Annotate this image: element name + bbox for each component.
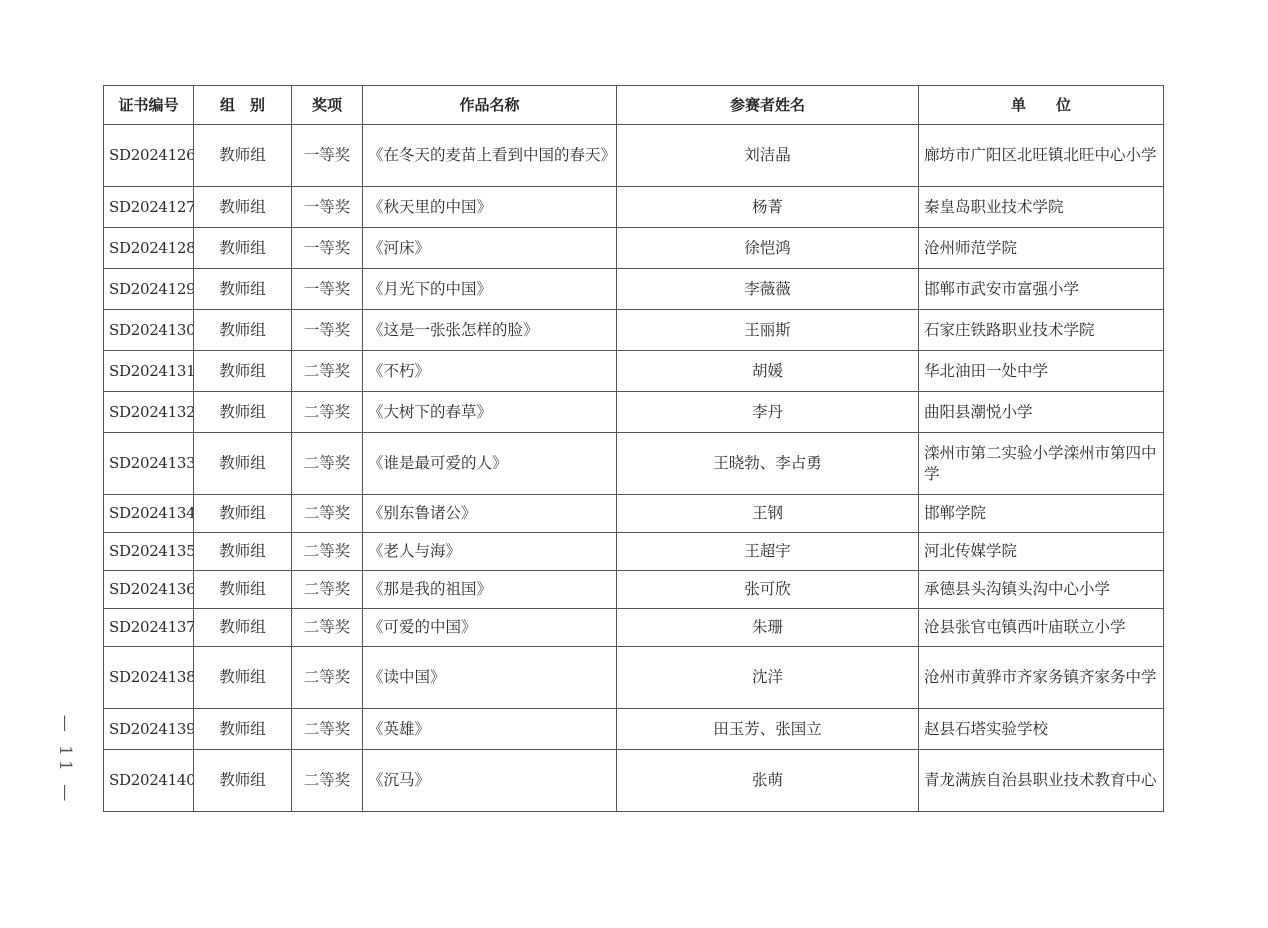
cell-participant-name: 李薇薇 [617, 269, 919, 310]
header-work-title: 作品名称 [363, 86, 617, 125]
cell-award: 二等奖 [292, 709, 363, 750]
table-row: SD2024131 教师组 二等奖 《不朽》 胡媛 华北油田一处中学 [104, 351, 1164, 392]
cell-work-title: 《河床》 [363, 228, 617, 269]
cell-work-title: 《可爱的中国》 [363, 609, 617, 647]
table-row: SD2024128 教师组 一等奖 《河床》 徐恺鸿 沧州师范学院 [104, 228, 1164, 269]
cell-participant-name: 王晓勃、李占勇 [617, 433, 919, 495]
cell-work-title: 《别东鲁诸公》 [363, 495, 617, 533]
cell-work-title: 《这是一张张怎样的脸》 [363, 310, 617, 351]
table-row: SD2024136 教师组 二等奖 《那是我的祖国》 张可欣 承德县头沟镇头沟中… [104, 571, 1164, 609]
cell-group: 教师组 [194, 433, 292, 495]
cell-group: 教师组 [194, 609, 292, 647]
cell-work-title: 《老人与海》 [363, 533, 617, 571]
cell-certificate-id: SD2024127 [104, 187, 194, 228]
cell-group: 教师组 [194, 187, 292, 228]
table-row: SD2024139 教师组 二等奖 《英雄》 田玉芳、张国立 赵县石塔实验学校 [104, 709, 1164, 750]
cell-certificate-id: SD2024136 [104, 571, 194, 609]
cell-work-title: 《月光下的中国》 [363, 269, 617, 310]
cell-work-title: 《沉马》 [363, 750, 617, 812]
cell-group: 教师组 [194, 533, 292, 571]
cell-certificate-id: SD2024138 [104, 647, 194, 709]
cell-unit: 河北传媒学院 [919, 533, 1164, 571]
table-row: SD2024137 教师组 二等奖 《可爱的中国》 朱珊 沧县张官屯镇西叶庙联立… [104, 609, 1164, 647]
table-row: SD2024134 教师组 二等奖 《别东鲁诸公》 王钢 邯郸学院 [104, 495, 1164, 533]
cell-certificate-id: SD2024139 [104, 709, 194, 750]
cell-certificate-id: SD2024140 [104, 750, 194, 812]
table-row: SD2024126 教师组 一等奖 《在冬天的麦苗上看到中国的春天》 刘洁晶 廊… [104, 125, 1164, 187]
cell-work-title: 《英雄》 [363, 709, 617, 750]
cell-unit: 青龙满族自治县职业技术教育中心 [919, 750, 1164, 812]
cell-award: 二等奖 [292, 351, 363, 392]
cell-certificate-id: SD2024129 [104, 269, 194, 310]
cell-award: 二等奖 [292, 647, 363, 709]
cell-group: 教师组 [194, 571, 292, 609]
cell-certificate-id: SD2024135 [104, 533, 194, 571]
table-row: SD2024127 教师组 一等奖 《秋天里的中国》 杨菁 秦皇岛职业技术学院 [104, 187, 1164, 228]
cell-unit: 秦皇岛职业技术学院 [919, 187, 1164, 228]
cell-certificate-id: SD2024137 [104, 609, 194, 647]
cell-certificate-id: SD2024134 [104, 495, 194, 533]
cell-certificate-id: SD2024131 [104, 351, 194, 392]
cell-unit: 承德县头沟镇头沟中心小学 [919, 571, 1164, 609]
cell-work-title: 《在冬天的麦苗上看到中国的春天》 [363, 125, 617, 187]
cell-unit: 沧州师范学院 [919, 228, 1164, 269]
cell-participant-name: 王钢 [617, 495, 919, 533]
header-group: 组 别 [194, 86, 292, 125]
cell-participant-name: 沈洋 [617, 647, 919, 709]
cell-group: 教师组 [194, 709, 292, 750]
cell-work-title: 《谁是最可爱的人》 [363, 433, 617, 495]
cell-unit: 华北油田一处中学 [919, 351, 1164, 392]
table-row: SD2024138 教师组 二等奖 《读中国》 沈洋 沧州市黄骅市齐家务镇齐家务… [104, 647, 1164, 709]
cell-work-title: 《大树下的春草》 [363, 392, 617, 433]
cell-participant-name: 田玉芳、张国立 [617, 709, 919, 750]
header-award: 奖项 [292, 86, 363, 125]
cell-work-title: 《不朽》 [363, 351, 617, 392]
cell-group: 教师组 [194, 647, 292, 709]
document-page: 证书编号 组 别 奖项 作品名称 参赛者姓名 单 位 SD2024126 教师组… [0, 0, 1268, 928]
cell-unit: 邯郸学院 [919, 495, 1164, 533]
cell-unit: 滦州市第二实验小学滦州市第四中学 [919, 433, 1164, 495]
cell-certificate-id: SD2024128 [104, 228, 194, 269]
cell-award: 二等奖 [292, 392, 363, 433]
cell-award: 二等奖 [292, 609, 363, 647]
cell-unit: 邯郸市武安市富强小学 [919, 269, 1164, 310]
cell-participant-name: 刘洁晶 [617, 125, 919, 187]
cell-group: 教师组 [194, 310, 292, 351]
cell-group: 教师组 [194, 125, 292, 187]
cell-group: 教师组 [194, 269, 292, 310]
cell-unit: 沧州市黄骅市齐家务镇齐家务中学 [919, 647, 1164, 709]
cell-group: 教师组 [194, 392, 292, 433]
cell-participant-name: 王丽斯 [617, 310, 919, 351]
cell-unit: 廊坊市广阳区北旺镇北旺中心小学 [919, 125, 1164, 187]
cell-participant-name: 胡媛 [617, 351, 919, 392]
cell-participant-name: 张萌 [617, 750, 919, 812]
cell-unit: 曲阳县潮悦小学 [919, 392, 1164, 433]
table-row: SD2024135 教师组 二等奖 《老人与海》 王超宇 河北传媒学院 [104, 533, 1164, 571]
table-row: SD2024140 教师组 二等奖 《沉马》 张萌 青龙满族自治县职业技术教育中… [104, 750, 1164, 812]
page-number: — 11 — [45, 705, 85, 815]
cell-certificate-id: SD2024130 [104, 310, 194, 351]
cell-certificate-id: SD2024132 [104, 392, 194, 433]
cell-certificate-id: SD2024133 [104, 433, 194, 495]
cell-group: 教师组 [194, 351, 292, 392]
cell-group: 教师组 [194, 750, 292, 812]
table-header-row: 证书编号 组 别 奖项 作品名称 参赛者姓名 单 位 [104, 86, 1164, 125]
table-row: SD2024129 教师组 一等奖 《月光下的中国》 李薇薇 邯郸市武安市富强小… [104, 269, 1164, 310]
cell-award: 一等奖 [292, 310, 363, 351]
cell-award: 一等奖 [292, 125, 363, 187]
table-row: SD2024133 教师组 二等奖 《谁是最可爱的人》 王晓勃、李占勇 滦州市第… [104, 433, 1164, 495]
cell-certificate-id: SD2024126 [104, 125, 194, 187]
cell-participant-name: 朱珊 [617, 609, 919, 647]
cell-participant-name: 张可欣 [617, 571, 919, 609]
cell-award: 一等奖 [292, 228, 363, 269]
cell-award: 一等奖 [292, 269, 363, 310]
cell-work-title: 《秋天里的中国》 [363, 187, 617, 228]
header-unit: 单 位 [919, 86, 1164, 125]
cell-unit: 石家庄铁路职业技术学院 [919, 310, 1164, 351]
cell-work-title: 《读中国》 [363, 647, 617, 709]
cell-award: 一等奖 [292, 187, 363, 228]
cell-award: 二等奖 [292, 533, 363, 571]
cell-award: 二等奖 [292, 571, 363, 609]
cell-award: 二等奖 [292, 433, 363, 495]
header-participant-name: 参赛者姓名 [617, 86, 919, 125]
cell-participant-name: 杨菁 [617, 187, 919, 228]
cell-unit: 赵县石塔实验学校 [919, 709, 1164, 750]
cell-group: 教师组 [194, 228, 292, 269]
cell-work-title: 《那是我的祖国》 [363, 571, 617, 609]
table-row: SD2024130 教师组 一等奖 《这是一张张怎样的脸》 王丽斯 石家庄铁路职… [104, 310, 1164, 351]
awards-table: 证书编号 组 别 奖项 作品名称 参赛者姓名 单 位 SD2024126 教师组… [103, 85, 1164, 812]
cell-participant-name: 李丹 [617, 392, 919, 433]
cell-participant-name: 王超宇 [617, 533, 919, 571]
table-row: SD2024132 教师组 二等奖 《大树下的春草》 李丹 曲阳县潮悦小学 [104, 392, 1164, 433]
cell-unit: 沧县张官屯镇西叶庙联立小学 [919, 609, 1164, 647]
cell-award: 二等奖 [292, 750, 363, 812]
cell-award: 二等奖 [292, 495, 363, 533]
cell-participant-name: 徐恺鸿 [617, 228, 919, 269]
cell-group: 教师组 [194, 495, 292, 533]
page-number-text: — 11 — [55, 715, 75, 805]
header-certificate-id: 证书编号 [104, 86, 194, 125]
